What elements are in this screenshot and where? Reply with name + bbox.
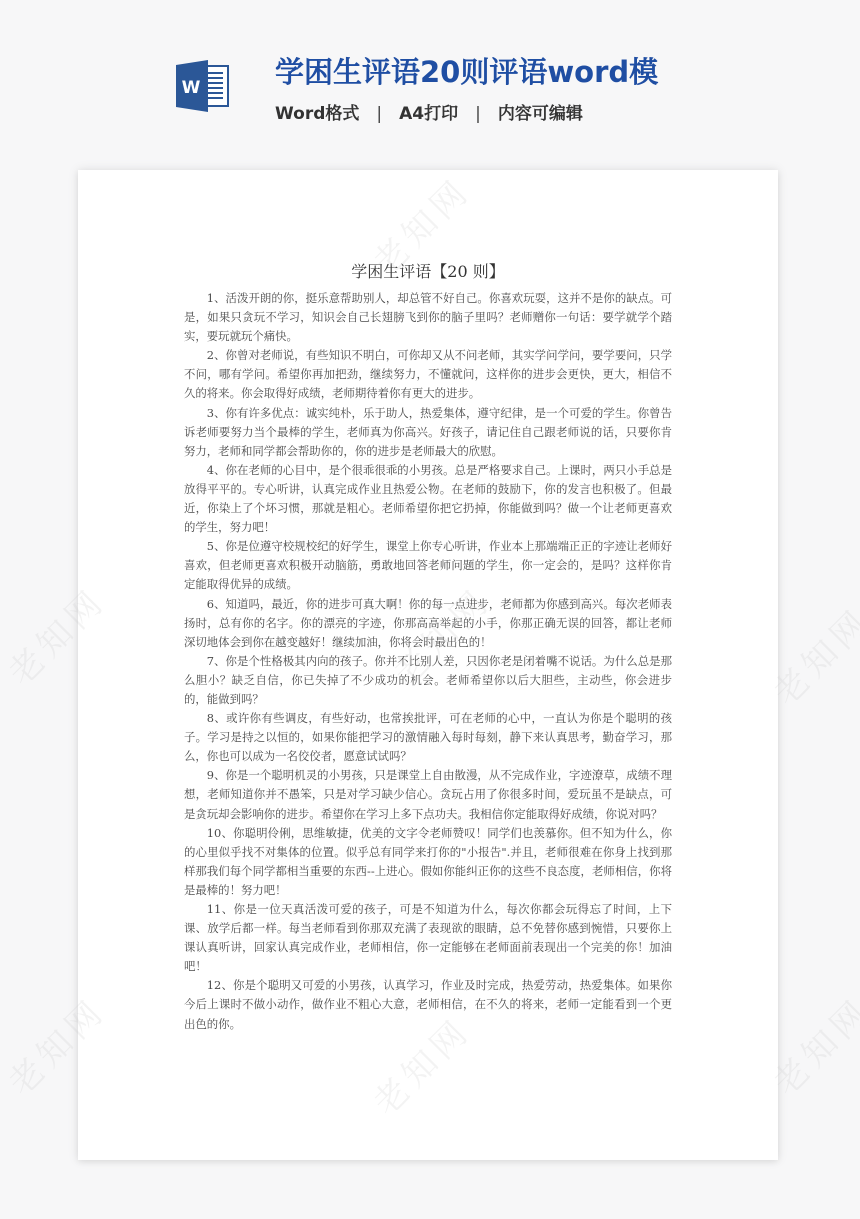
comment-paragraph-11: 11、你是一位天真活泼可爱的孩子，可是不知道为什么，每次你都会玩得忘了时间，上下…	[184, 900, 672, 976]
comment-paragraph-1: 1、活泼开朗的你，挺乐意帮助别人，却总管不好自己。你喜欢玩耍，这并不是你的缺点。…	[184, 289, 672, 346]
feature-word-format: Word格式	[275, 101, 359, 127]
comment-paragraph-12: 12、你是个聪明又可爱的小男孩，认真学习，作业及时完成，热爱劳动，热爱集体。如果…	[184, 976, 672, 1033]
document-page: 学困生评语【20 则】 1、活泼开朗的你，挺乐意帮助别人，却总管不好自己。你喜欢…	[78, 170, 778, 1160]
comment-paragraph-9: 9、你是一个聪明机灵的小男孩，只是课堂上自由散漫，从不完成作业，字迹潦草，成绩不…	[184, 766, 672, 823]
page-title: 学困生评语20则评语word模	[275, 52, 658, 92]
feature-editable: 内容可编辑	[498, 101, 583, 127]
comment-paragraph-2: 2、你曾对老师说，有些知识不明白，可你却又从不问老师，其实学问学问，要学要问，只…	[184, 346, 672, 403]
word-document-icon: W	[176, 60, 230, 112]
document-title: 学困生评语【20 则】	[78, 260, 778, 284]
svg-text:W: W	[182, 78, 201, 98]
separator: |	[475, 101, 481, 127]
comment-paragraph-7: 7、你是个性格极其内向的孩子。你并不比别人差，只因你老是闭着嘴不说话。为什么总是…	[184, 652, 672, 709]
comment-paragraph-10: 10、你聪明伶俐，思维敏捷，优美的文字令老师赞叹！同学们也羡慕你。但不知为什么，…	[184, 824, 672, 900]
comment-paragraph-6: 6、知道吗，最近，你的进步可真大啊！你的每一点进步，老师都为你感到高兴。每次老师…	[184, 595, 672, 652]
separator: |	[376, 101, 382, 127]
comment-paragraph-8: 8、或许你有些调皮，有些好动，也常挨批评，可在老师的心中，一直认为你是个聪明的孩…	[184, 709, 672, 766]
comment-paragraph-5: 5、你是位遵守校规校纪的好学生，课堂上你专心听讲，作业本上那端端正正的字迹让老师…	[184, 537, 672, 594]
comment-paragraph-4: 4、你在老师的心目中，是个很乖很乖的小男孩。总是严格要求自己。上课时，两只小手总…	[184, 461, 672, 537]
feature-a4-print: A4打印	[399, 101, 458, 127]
header: W 学困生评语20则评语word模 Word格式 | A4打印 | 内容可编辑	[0, 0, 860, 150]
comment-paragraph-3: 3、你有许多优点：诚实纯朴，乐于助人，热爱集体，遵守纪律，是一个可爱的学生。你曾…	[184, 404, 672, 461]
subtitle-features: Word格式 | A4打印 | 内容可编辑	[275, 101, 583, 127]
document-body: 1、活泼开朗的你，挺乐意帮助别人，却总管不好自己。你喜欢玩耍，这并不是你的缺点。…	[184, 289, 672, 1034]
